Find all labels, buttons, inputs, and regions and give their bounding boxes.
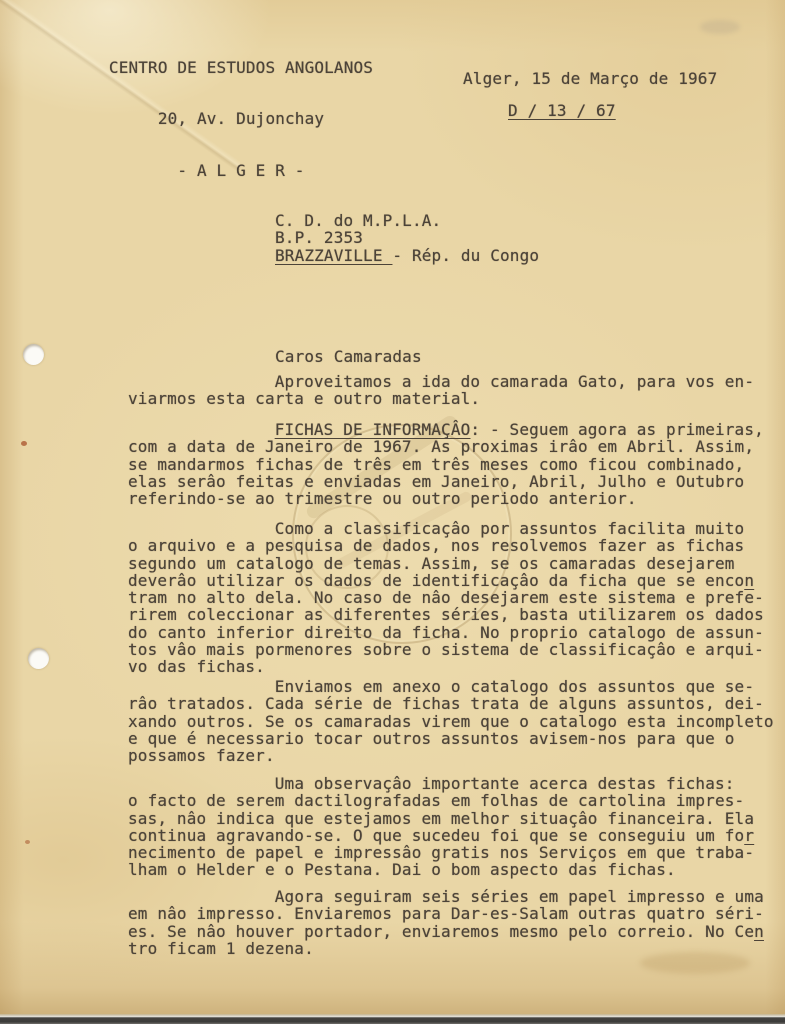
paragraph-5: Uma observaçâo importante acerca destas … <box>128 775 780 879</box>
scan-bottom-edge <box>0 1014 785 1024</box>
paragraph-1: Aproveitamos a ida do camarada Gato, par… <box>128 373 780 408</box>
scanned-letter-page: CENTRO DE ESTUDOS ANGOLANOS 20, Av. Dujo… <box>0 0 785 1024</box>
underlined-text: n <box>744 571 754 590</box>
text-run: necimento de papel e impressâo gratis no… <box>128 843 754 879</box>
underlined-text: n <box>754 922 764 941</box>
ink-stain-speck <box>21 441 27 446</box>
paper-smudge-top <box>700 20 740 34</box>
letter-body: Aproveitamos a ida do camarada Gato, par… <box>0 0 785 1024</box>
ink-stain-speck-2 <box>25 840 30 844</box>
underlined-text: r <box>744 826 754 845</box>
paragraph-6: Agora seguiram seis séries em papel impr… <box>128 888 780 957</box>
text-run: Enviamos em anexo o catalogo dos assunto… <box>128 677 774 765</box>
paragraph-3: Como a classificaçâo por assuntos facili… <box>128 520 780 676</box>
text-run: Como a classificaçâo por assuntos facili… <box>128 519 744 590</box>
text-run: tro ficam 1 dezena. <box>128 939 314 958</box>
text-run: Uma observaçâo importante acerca destas … <box>128 774 754 845</box>
underlined-text: FICHAS DE INFORMAÇÂO <box>275 420 471 439</box>
paragraph-2: FICHAS DE INFORMAÇÂO: - Seguem agora as … <box>128 421 780 507</box>
text-run: Agora seguiram seis séries em papel impr… <box>128 887 764 941</box>
text-run <box>128 420 275 439</box>
text-run: tram no alto dela. No caso de nâo deseja… <box>128 588 764 676</box>
paragraph-4: Enviamos em anexo o catalogo dos assunto… <box>128 678 780 764</box>
paper-smudge <box>640 952 750 974</box>
text-run: Aproveitamos a ida do camarada Gato, par… <box>128 372 754 408</box>
